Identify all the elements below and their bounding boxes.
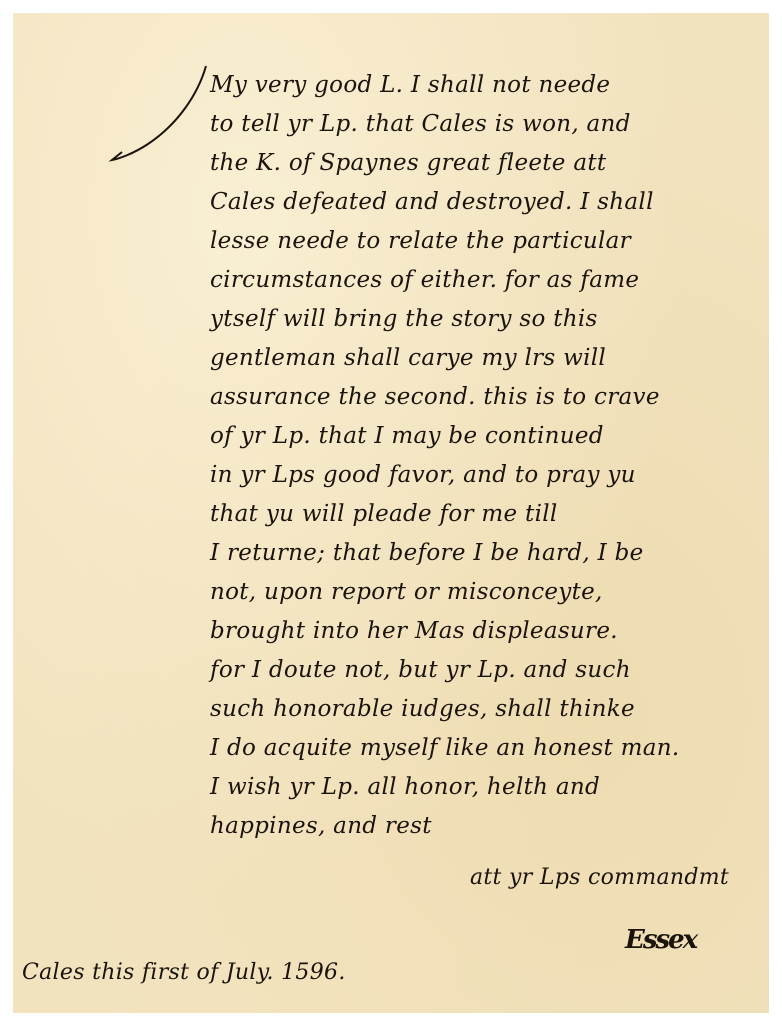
letter-line: the K. of Spaynes great fleete att — [210, 150, 606, 176]
dateline: Cales this first of July. 1596. — [22, 960, 346, 985]
letter-closing: att yr Lps commandmt — [470, 865, 729, 890]
letter-line: happines, and rest — [210, 813, 432, 839]
letter-line: I do acquite myself like an honest man. — [210, 735, 680, 761]
letter-line: brought into her Mas displeasure. — [210, 618, 618, 644]
letter-line: of yr Lp. that I may be continued — [210, 423, 604, 449]
salutation-flourish-icon — [108, 64, 218, 174]
letter-line: circumstances of either. for as fame — [210, 267, 639, 293]
letter-line: not, upon report or misconceyte, — [210, 579, 603, 605]
letter-line: to tell yr Lp. that Cales is won, and — [210, 111, 631, 137]
letter-line: for I doute not, but yr Lp. and such — [210, 657, 631, 683]
letter-line: assurance the second. this is to crave — [210, 384, 660, 410]
letter-line: Cales defeated and destroyed. I shall — [210, 189, 654, 215]
letter-line: lesse neede to relate the particular — [210, 228, 631, 254]
letter-line: in yr Lps good favor, and to pray yu — [210, 462, 636, 488]
letter-line: ytself will bring the story so this — [210, 306, 598, 332]
letter-line: such honorable iudges, shall thinke — [210, 696, 635, 722]
letter-line: that yu will pleade for me till — [210, 501, 558, 527]
letter-line: My very good L. I shall not neede — [210, 72, 610, 98]
signature: Essex — [625, 925, 696, 955]
letter-line: I returne; that before I be hard, I be — [210, 540, 644, 566]
letter-line: gentleman shall carye my lrs will — [210, 345, 606, 371]
letter-line: I wish yr Lp. all honor, helth and — [210, 774, 600, 800]
